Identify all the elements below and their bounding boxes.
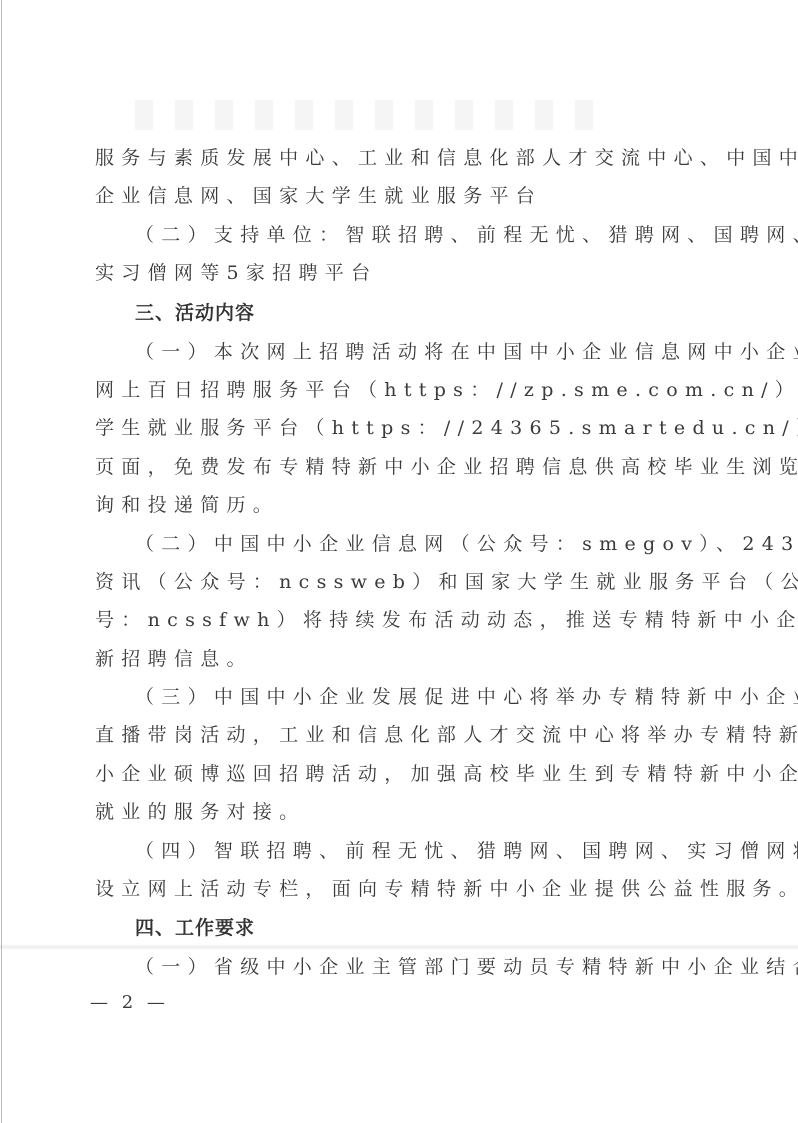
body-line: 资讯（公众号：ncssweb）和国家大学生就业服务平台（公众 bbox=[95, 563, 687, 601]
body-line: 询和投递简历。 bbox=[95, 486, 687, 524]
body-line: 学生就业服务平台（https：//24365.smartedu.cn/）开设专题 bbox=[95, 409, 687, 447]
paragraph-item-3: （三）中国中小企业发展促进中心将举办专精特新中小企业 bbox=[95, 678, 687, 716]
paragraph-support-units: （二）支持单位：智联招聘、前程无忧、猎聘网、国聘网、 bbox=[95, 216, 687, 254]
body-line: 服务与素质发展中心、工业和信息化部人才交流中心、中国中小 bbox=[95, 139, 687, 177]
paragraph-item-2: （二）中国中小企业信息网（公众号：smegov）、24365就业 bbox=[95, 525, 687, 563]
body-line: 设立网上活动专栏，面向专精特新中小企业提供公益性服务。 bbox=[95, 870, 687, 908]
page-left-border bbox=[1, 0, 2, 1123]
body-line: 企业信息网、国家大学生就业服务平台 bbox=[95, 177, 687, 215]
section-heading-activity-content: 三、活动内容 bbox=[95, 294, 687, 333]
body-line: 就业的服务对接。 bbox=[95, 793, 687, 831]
body-line: 网上百日招聘服务平台（https：//zp.sme.com.cn/）和国家大 bbox=[95, 371, 687, 409]
bleed-through-text bbox=[135, 100, 595, 130]
paragraph-requirement-1: （一）省级中小企业主管部门要动员专精特新中小企业结合 bbox=[95, 948, 687, 986]
document-body: 服务与素质发展中心、工业和信息化部人才交流中心、中国中小 企业信息网、国家大学生… bbox=[95, 139, 687, 987]
body-line: 小企业硕博巡回招聘活动，加强高校毕业生到专精特新中小企业 bbox=[95, 755, 687, 793]
page-number: — 2 — bbox=[90, 992, 169, 1013]
body-line: 直播带岗活动，工业和信息化部人才交流中心将举办专精特新中 bbox=[95, 716, 687, 754]
body-line: 新招聘信息。 bbox=[95, 640, 687, 678]
paragraph-item-4: （四）智联招聘、前程无忧、猎聘网、国聘网、实习僧网将 bbox=[95, 832, 687, 870]
paragraph-item-1: （一）本次网上招聘活动将在中国中小企业信息网中小企业 bbox=[95, 333, 687, 371]
body-line: 实习僧网等5家招聘平台 bbox=[95, 254, 687, 292]
body-line: 号：ncssfwh）将持续发布活动动态，推送专精特新中小企业最 bbox=[95, 601, 687, 639]
section-heading-work-requirements: 四、工作要求 bbox=[95, 909, 687, 948]
body-line: 页面，免费发布专精特新中小企业招聘信息供高校毕业生浏览查 bbox=[95, 448, 687, 486]
